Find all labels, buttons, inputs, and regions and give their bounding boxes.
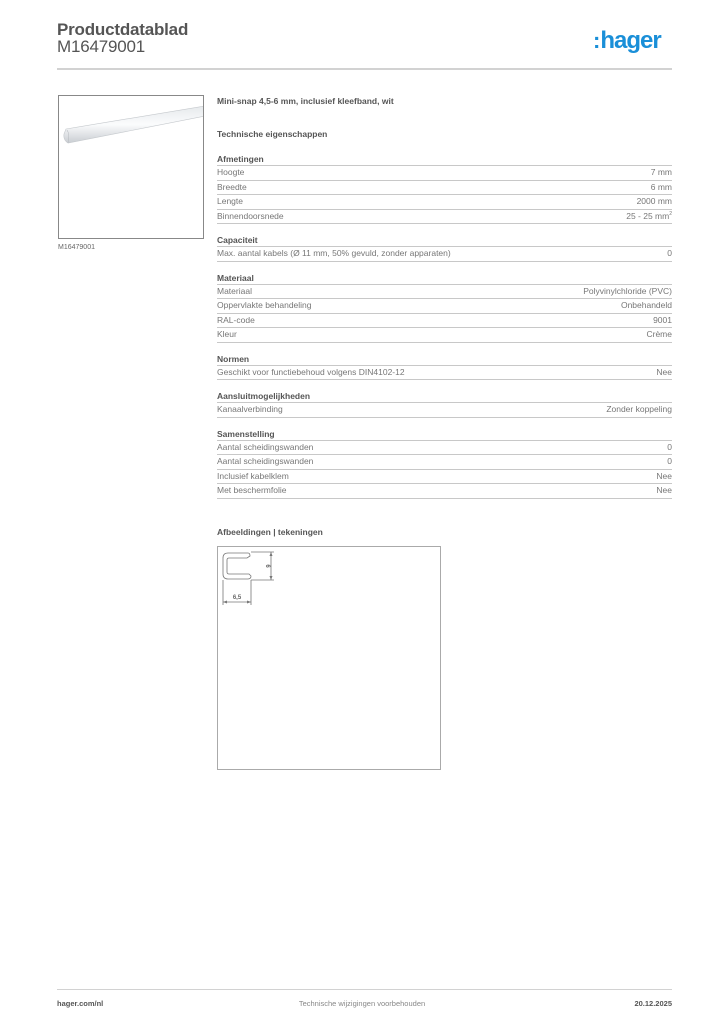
- spec-value: Onbehandeld: [621, 299, 672, 313]
- spec-value-text: 7 mm: [651, 167, 672, 177]
- tech-properties-title: Technische eigenschappen: [217, 129, 672, 142]
- spec-section: AfmetingenHoogte7 mmBreedte6 mmLengte200…: [217, 153, 672, 224]
- spec-value-text: Polyvinylchloride (PVC): [583, 286, 672, 296]
- spec-row: Hoogte7 mm: [217, 166, 672, 181]
- section-title: Capaciteit: [217, 234, 672, 247]
- spec-value-text: 0: [667, 456, 672, 466]
- spec-row: KleurCrème: [217, 328, 672, 343]
- spec-section: SamenstellingAantal scheidingswanden0Aan…: [217, 428, 672, 499]
- spec-value-text: Zonder koppeling: [606, 404, 672, 414]
- spec-label: Geschikt voor functiebehoud volgens DIN4…: [217, 366, 405, 380]
- profile-drawing-icon: 6 6,5: [218, 547, 440, 769]
- spec-label: Kanaalverbinding: [217, 403, 283, 417]
- spec-label: Oppervlakte behandeling: [217, 299, 312, 313]
- spec-label: Breedte: [217, 181, 247, 195]
- logo-colon: :: [593, 28, 599, 53]
- spec-label: Kleur: [217, 328, 237, 342]
- spec-value-text: 0: [667, 442, 672, 452]
- footer-divider: [57, 989, 672, 990]
- spec-sections: AfmetingenHoogte7 mmBreedte6 mmLengte200…: [217, 153, 672, 499]
- spec-value: 0: [667, 441, 672, 455]
- footer-date: 20.12.2025: [634, 999, 672, 1008]
- spec-row: Aantal scheidingswanden0: [217, 441, 672, 456]
- spec-row: Binnendoorsnede25 - 25 mm2: [217, 210, 672, 225]
- spec-value: Polyvinylchloride (PVC): [583, 285, 672, 299]
- spec-value-superscript: 2: [669, 211, 672, 217]
- spec-section: NormenGeschikt voor functiebehoud volgen…: [217, 353, 672, 381]
- spec-row: Aantal scheidingswanden0: [217, 455, 672, 470]
- dimension-height: 6: [264, 564, 270, 568]
- spec-value-text: 25 - 25 mm: [626, 211, 669, 221]
- spec-value-text: Nee: [656, 485, 672, 495]
- spec-label: Aantal scheidingswanden: [217, 441, 313, 455]
- spec-label: Hoogte: [217, 166, 244, 180]
- spec-section: MateriaalMateriaalPolyvinylchloride (PVC…: [217, 272, 672, 343]
- product-name: Mini-snap 4,5-6 mm, inclusief kleefband,…: [217, 96, 672, 109]
- spec-value: 6 mm: [651, 181, 672, 195]
- spec-row: Lengte2000 mm: [217, 195, 672, 210]
- section-title: Materiaal: [217, 272, 672, 285]
- spec-value: 0: [667, 455, 672, 469]
- spec-label: Met beschermfolie: [217, 484, 286, 498]
- spec-label: Inclusief kabelklem: [217, 470, 289, 484]
- spec-row: RAL-code9001: [217, 314, 672, 329]
- product-image: [58, 95, 204, 239]
- section-title: Samenstelling: [217, 428, 672, 441]
- spec-value: 9001: [653, 314, 672, 328]
- spec-row: KanaalverbindingZonder koppeling: [217, 403, 672, 418]
- spec-label: Max. aantal kabels (Ø 11 mm, 50% gevuld,…: [217, 247, 451, 261]
- spec-value: 2000 mm: [637, 195, 672, 209]
- spec-row: Geschikt voor functiebehoud volgens DIN4…: [217, 366, 672, 381]
- spec-value: 7 mm: [651, 166, 672, 180]
- article-number: M16479001: [57, 37, 145, 57]
- section-title: Normen: [217, 353, 672, 366]
- spec-row: Oppervlakte behandelingOnbehandeld: [217, 299, 672, 314]
- spec-row: Max. aantal kabels (Ø 11 mm, 50% gevuld,…: [217, 247, 672, 262]
- spec-value: Nee: [656, 366, 672, 380]
- spec-value: Zonder koppeling: [606, 403, 672, 417]
- spec-label: Aantal scheidingswanden: [217, 455, 313, 469]
- section-title: Aansluitmogelijkheden: [217, 390, 672, 403]
- spec-value-text: 0: [667, 248, 672, 258]
- dimension-width: 6,5: [233, 595, 242, 601]
- hager-logo: :hager: [593, 27, 661, 55]
- spec-label: Binnendoorsnede: [217, 210, 284, 224]
- spec-value-text: Onbehandeld: [621, 300, 672, 310]
- spec-section: AansluitmogelijkhedenKanaalverbindingZon…: [217, 390, 672, 418]
- spec-value-text: 2000 mm: [637, 196, 672, 206]
- spec-row: Breedte6 mm: [217, 181, 672, 196]
- spec-value: Nee: [656, 470, 672, 484]
- spec-label: Lengte: [217, 195, 243, 209]
- spec-value-text: 6 mm: [651, 182, 672, 192]
- technical-drawing: 6 6,5: [217, 546, 441, 770]
- footer-disclaimer: Technische wijzigingen voorbehouden: [0, 999, 724, 1008]
- spec-value-text: 9001: [653, 315, 672, 325]
- spec-value: Crème: [646, 328, 672, 342]
- spec-row: MateriaalPolyvinylchloride (PVC): [217, 285, 672, 300]
- cable-duct-icon: [59, 96, 203, 238]
- drawings-title: Afbeeldingen | tekeningen: [217, 527, 323, 537]
- spec-label: Materiaal: [217, 285, 252, 299]
- spec-row: Inclusief kabelklemNee: [217, 470, 672, 485]
- spec-value-text: Nee: [656, 367, 672, 377]
- spec-value: Nee: [656, 484, 672, 498]
- spec-label: RAL-code: [217, 314, 255, 328]
- logo-text: hager: [600, 27, 660, 54]
- section-title: Afmetingen: [217, 153, 672, 166]
- header-divider: [57, 68, 672, 70]
- specifications: Mini-snap 4,5-6 mm, inclusief kleefband,…: [217, 96, 672, 499]
- spec-row: Met beschermfolieNee: [217, 484, 672, 499]
- spec-value: 0: [667, 247, 672, 261]
- spec-value-text: Crème: [646, 329, 672, 339]
- spec-section: CapaciteitMax. aantal kabels (Ø 11 mm, 5…: [217, 234, 672, 262]
- image-caption: M16479001: [58, 244, 95, 251]
- spec-value: 25 - 25 mm2: [626, 210, 672, 224]
- spec-value-text: Nee: [656, 471, 672, 481]
